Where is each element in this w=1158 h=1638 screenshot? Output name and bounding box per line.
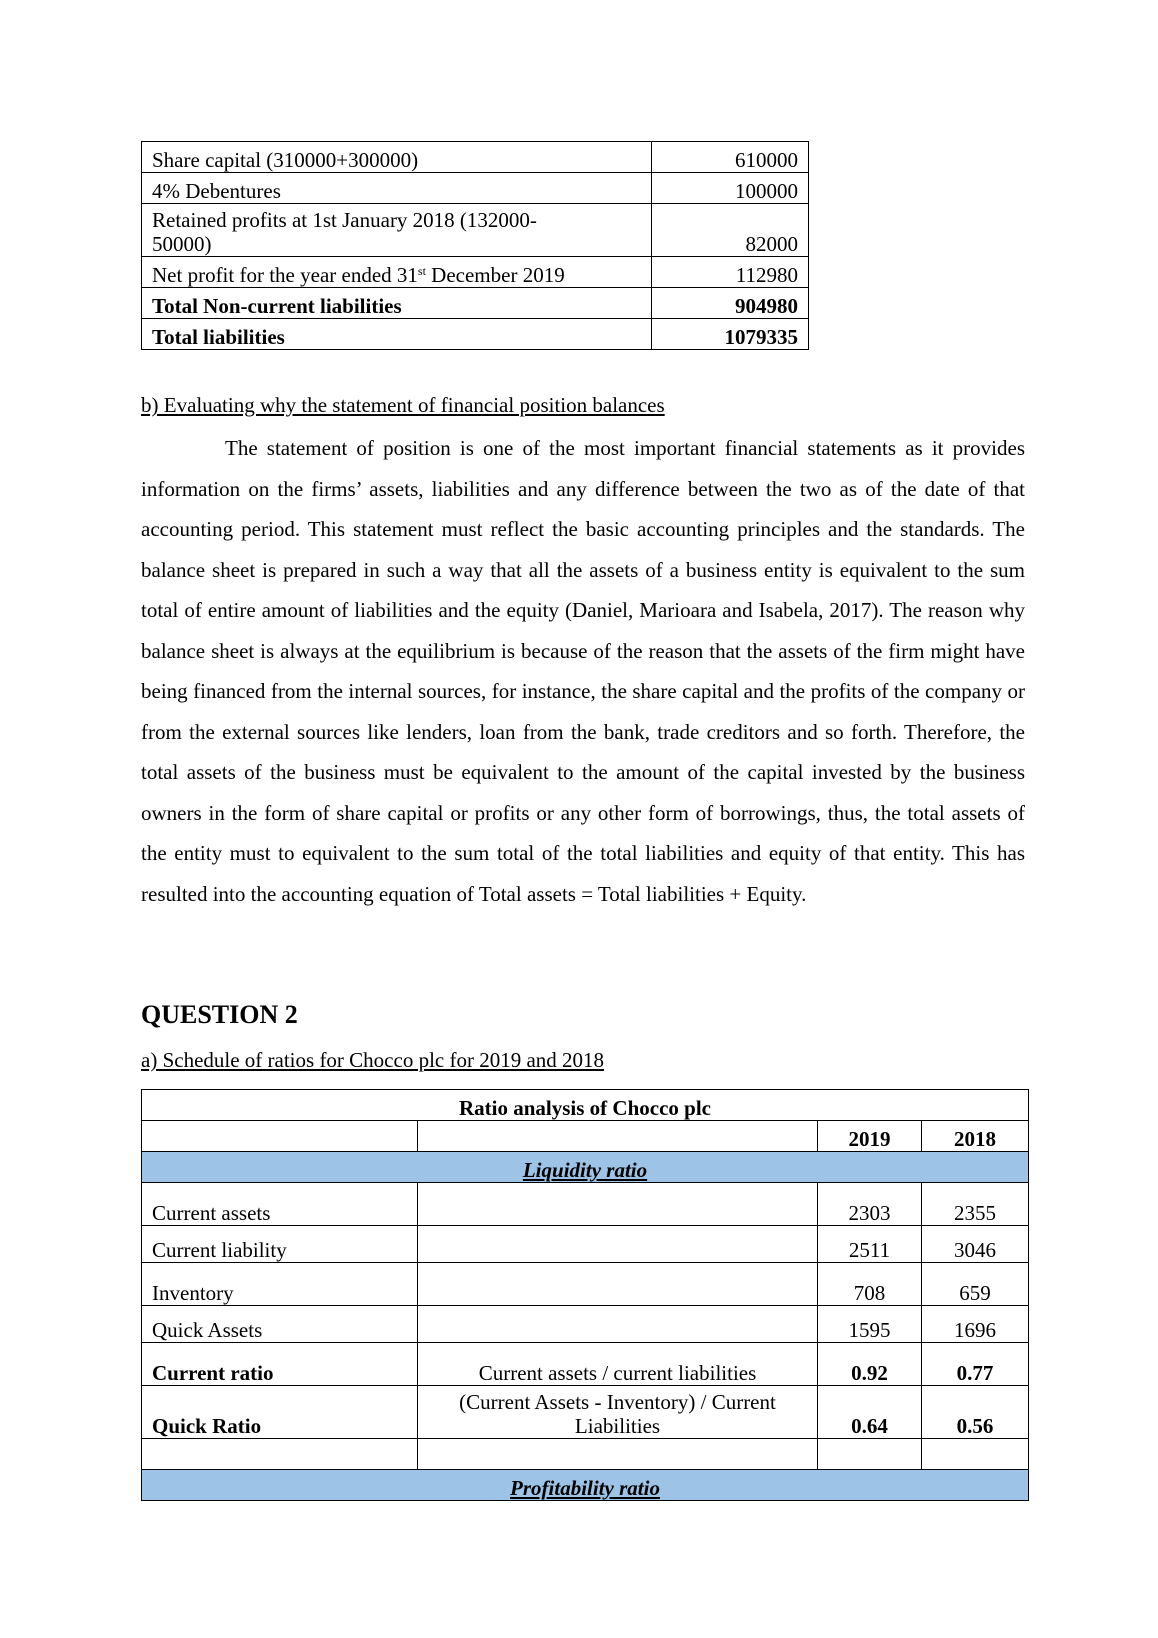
value-2018: 0.56 [922, 1386, 1029, 1439]
table-row-ratio: Quick Ratio (Current Assets - Inventory)… [142, 1386, 1029, 1439]
row-label: Current ratio [142, 1343, 418, 1386]
empty-cell [418, 1439, 818, 1470]
row-value: 112980 [652, 257, 809, 288]
value-2019: 0.64 [818, 1386, 922, 1439]
row-label: Quick Ratio [142, 1386, 418, 1439]
row-formula [418, 1226, 818, 1263]
table-row: Current liability 2511 3046 [142, 1226, 1029, 1263]
row-label: Current assets [142, 1183, 418, 1226]
section-a-heading: a) Schedule of ratios for Chocco plc for… [141, 1048, 604, 1073]
year-header-row: 2019 2018 [142, 1121, 1029, 1152]
band-label: Liquidity ratio [142, 1152, 1029, 1183]
table-title-row: Ratio analysis of Chocco plc [142, 1090, 1029, 1121]
row-value: 904980 [652, 288, 809, 319]
empty-cell [142, 1121, 418, 1152]
row-label: Inventory [142, 1263, 418, 1306]
paragraph-text: The statement of position is one of the … [141, 436, 1025, 906]
table-row-total: Total Non-current liabilities 904980 [142, 288, 809, 319]
row-value: 82000 [652, 204, 809, 257]
table-row: Retained profits at 1st January 2018 (13… [142, 204, 809, 257]
year-header: 2018 [922, 1121, 1029, 1152]
ordinal-suffix: st [418, 264, 426, 278]
empty-cell [922, 1439, 1029, 1470]
value-2019: 708 [818, 1263, 922, 1306]
row-label: Share capital (310000+300000) [142, 142, 652, 173]
row-value: 610000 [652, 142, 809, 173]
row-value: 100000 [652, 173, 809, 204]
table-row: 4% Debentures 100000 [142, 173, 809, 204]
section-band-profitability: Profitability ratio [142, 1470, 1029, 1501]
table-row: Current assets 2303 2355 [142, 1183, 1029, 1226]
ratio-table: Ratio analysis of Chocco plc 2019 2018 L… [141, 1089, 1029, 1501]
value-2018: 659 [922, 1263, 1029, 1306]
section-band-liquidity: Liquidity ratio [142, 1152, 1029, 1183]
table-row: Share capital (310000+300000) 610000 [142, 142, 809, 173]
value-2019: 0.92 [818, 1343, 922, 1386]
empty-cell [142, 1439, 418, 1470]
row-label: 4% Debentures [142, 173, 652, 204]
row-label-text: December 2019 [426, 263, 565, 287]
band-label: Profitability ratio [142, 1470, 1029, 1501]
body-paragraph: The statement of position is one of the … [141, 428, 1025, 914]
row-label: Current liability [142, 1226, 418, 1263]
row-formula: Current assets / current liabilities [418, 1343, 818, 1386]
row-formula [418, 1183, 818, 1226]
row-label-text: Net profit for the year ended 31 [152, 263, 418, 287]
value-2018: 2355 [922, 1183, 1029, 1226]
row-formula [418, 1263, 818, 1306]
row-label: Net profit for the year ended 31st Decem… [142, 257, 652, 288]
value-2019: 1595 [818, 1306, 922, 1343]
row-label: Total Non-current liabilities [142, 288, 652, 319]
row-formula: (Current Assets - Inventory) / Current L… [418, 1386, 818, 1439]
table-row-total: Total liabilities 1079335 [142, 319, 809, 350]
table-row-ratio: Current ratio Current assets / current l… [142, 1343, 1029, 1386]
table-row: Quick Assets 1595 1696 [142, 1306, 1029, 1343]
empty-row [142, 1439, 1029, 1470]
empty-cell [418, 1121, 818, 1152]
row-formula [418, 1306, 818, 1343]
row-value: 1079335 [652, 319, 809, 350]
row-label: Quick Assets [142, 1306, 418, 1343]
section-b-heading: b) Evaluating why the statement of finan… [141, 393, 665, 418]
row-label-line: 50000) [152, 232, 212, 256]
year-header: 2019 [818, 1121, 922, 1152]
empty-cell [818, 1439, 922, 1470]
table-title: Ratio analysis of Chocco plc [142, 1090, 1029, 1121]
value-2019: 2511 [818, 1226, 922, 1263]
value-2018: 1696 [922, 1306, 1029, 1343]
value-2018: 3046 [922, 1226, 1029, 1263]
row-label: Retained profits at 1st January 2018 (13… [142, 204, 652, 257]
value-2018: 0.77 [922, 1343, 1029, 1386]
table-row: Net profit for the year ended 31st Decem… [142, 257, 809, 288]
value-2019: 2303 [818, 1183, 922, 1226]
row-label: Total liabilities [142, 319, 652, 350]
question-heading: QUESTION 2 [141, 1000, 298, 1030]
table-row: Inventory 708 659 [142, 1263, 1029, 1306]
liabilities-table: Share capital (310000+300000) 610000 4% … [141, 141, 809, 350]
row-label-line: Retained profits at 1st January 2018 (13… [152, 208, 537, 232]
